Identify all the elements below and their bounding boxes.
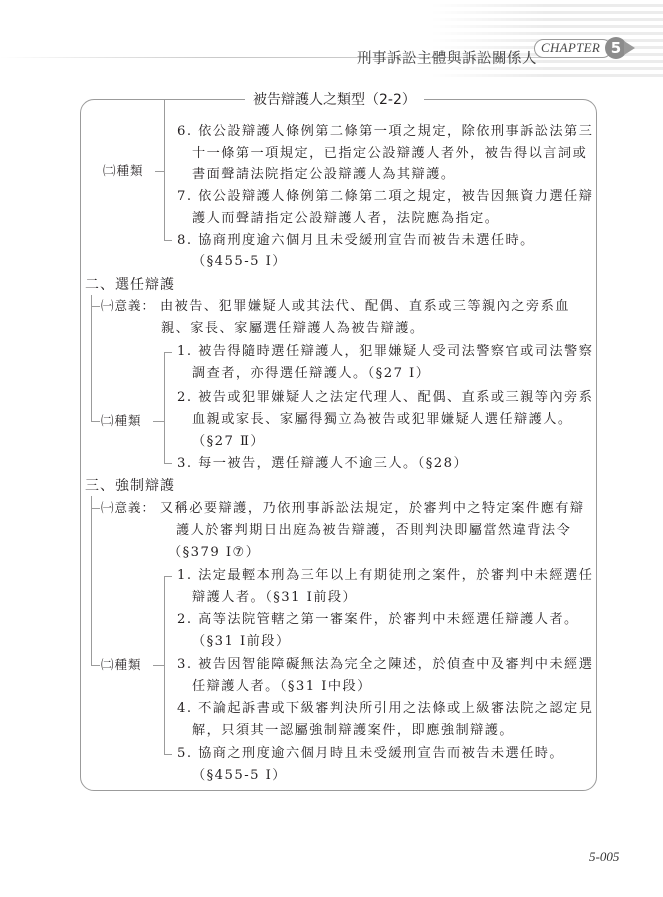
mandatory-item-4-line-2: 解，只須其一認屬強制辯護案件，即應強制辯護。 xyxy=(192,723,514,739)
tree-connector xyxy=(91,306,100,307)
section-heading-appointed-defense: 二、選任辯護 xyxy=(85,277,175,294)
item-7-line-1: 7. 依公設辯護人條例第二條第二項之規定，被告因無資力選任辯 xyxy=(177,189,593,205)
mandatory-item-2-line-2: （§31 Ⅰ前段） xyxy=(192,634,291,650)
item-6-line-1: 6. 依公設辯護人條例第二條第一項之規定，除依刑事訴訟法第三 xyxy=(177,124,593,140)
tree-connector xyxy=(91,508,100,509)
meaning-line-2: 親、家長、家屬選任辯護人為被告辯護。 xyxy=(161,321,424,337)
item-8-line-1: 8. 協商刑度逾六個月且未受緩刑宣告而被告未選任時。 xyxy=(177,233,535,249)
appointed-item-2-line-2: 血親或家長、家屬得獨立為被告或犯罪嫌疑人選任辯護人。 xyxy=(192,412,573,428)
tree-connector xyxy=(91,421,100,422)
tree-connector xyxy=(153,421,164,422)
mandatory-meaning-line-2: 護人於審判期日出庭為被告辯護，否則判決即屬當然違背法令 xyxy=(176,523,571,539)
mandatory-item-2-line-1: 2. 高等法院管轄之第一審案件，於審判中未經選任辯護人者。 xyxy=(177,612,579,628)
tree-connector xyxy=(164,240,172,241)
mandatory-item-3-line-1: 3. 被告因智能障礙無法為完全之陳述，於偵查中及審判中未經選 xyxy=(177,657,593,673)
tree-connector xyxy=(164,576,172,577)
mandatory-item-5-line-2: （§455-5 Ⅰ） xyxy=(192,768,287,784)
box-title: 被告辯護人之類型（2-2） xyxy=(245,91,424,109)
tree-branch-line xyxy=(164,352,165,463)
item-7-line-2: 護人而聲請指定公設辯護人者，法院應為指定。 xyxy=(192,211,499,227)
mandatory-item-1-line-2: 辯護人者。（§31 Ⅰ前段） xyxy=(192,590,357,606)
meaning-label: ㈠意義： xyxy=(101,500,155,516)
mandatory-item-1-line-1: 1. 法定最輕本刑為三年以上有期徒刑之案件，於審判中未經選任 xyxy=(177,568,593,584)
tree-connector xyxy=(91,665,100,666)
item-6-line-3: 書面聲請法院指定公設辯護人為其辯護。 xyxy=(192,167,455,183)
tree-branch-line xyxy=(164,576,165,754)
tree-connector xyxy=(164,352,172,353)
tree-connector xyxy=(155,171,164,172)
tree-branch-line xyxy=(91,295,92,421)
types-label: ㈡種類 xyxy=(101,657,142,673)
tree-branch-line xyxy=(164,100,165,240)
appointed-item-3-line-1: 3. 每一被告，選任辯護人不逾三人。（§28） xyxy=(177,456,468,472)
meaning-label: ㈠意義： xyxy=(101,298,155,314)
types-label-continued: ㈡種類 xyxy=(103,163,144,179)
tree-connector xyxy=(164,754,172,755)
appointed-item-2-line-1: 2. 被告或犯罪嫌疑人之法定代理人、配偶、直系或三親等內旁系 xyxy=(177,390,593,406)
chapter-label: CHAPTER xyxy=(541,40,600,56)
meaning-line-1: 由被告、犯罪嫌疑人或其法代、配偶、直系或三等親內之旁系血 xyxy=(160,299,570,315)
page-number: 5-005 xyxy=(589,849,619,865)
running-title: 刑事訴訟主體與訴訟關係人 xyxy=(357,47,537,68)
chapter-arrow-icon xyxy=(624,41,635,55)
mandatory-item-3-line-2: 任辯護人者。（§31 Ⅰ中段） xyxy=(192,679,372,695)
section-heading-mandatory-defense: 三、強制辯護 xyxy=(85,478,175,495)
appointed-item-1-line-1: 1. 被告得隨時選任辯護人，犯罪嫌疑人受司法警察官或司法警察 xyxy=(177,344,593,360)
types-label: ㈡種類 xyxy=(101,413,142,429)
appointed-item-1-line-2: 調查者，亦得選任辯護人。（§27 Ⅰ） xyxy=(192,366,430,382)
mandatory-item-4-line-1: 4. 不論起訴書或下級審判決所引用之法條或上級審法院之認定見 xyxy=(177,701,593,717)
tree-connector xyxy=(153,665,164,666)
item-6-line-2: 十一條第一項規定，已指定公設辯護人者外，被告得以言詞或 xyxy=(192,146,587,162)
appointed-item-2-line-3: （§27 Ⅱ） xyxy=(192,434,265,450)
mandatory-item-5-line-1: 5. 協商之刑度逾六個月時且未受緩刑宣告而被告未選任時。 xyxy=(177,746,564,762)
tree-branch-line xyxy=(91,496,92,665)
mandatory-meaning-line-1: 又稱必要辯護，乃依刑事訴訟法規定，於審判中之特定案件應有辯 xyxy=(160,501,585,517)
item-8-line-2: （§455-5 Ⅰ） xyxy=(192,254,287,270)
mandatory-meaning-line-3: （§379 Ⅰ⑦） xyxy=(168,545,260,561)
tree-connector xyxy=(164,463,172,464)
